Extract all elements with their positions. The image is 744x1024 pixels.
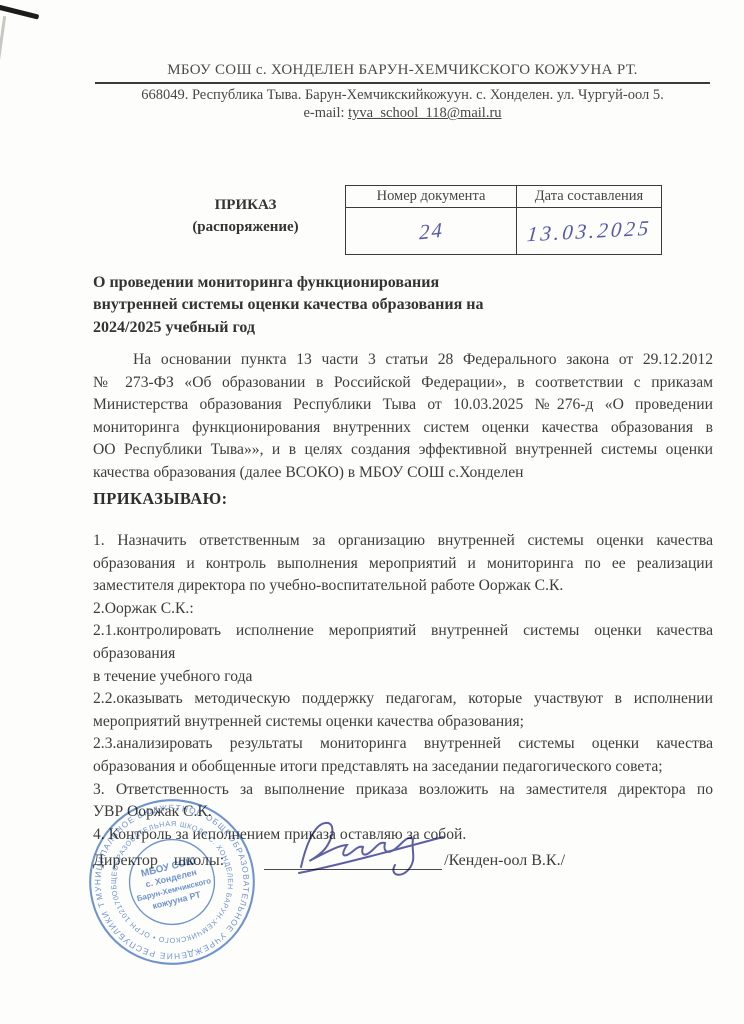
text-line: образования и обобщенные итоги представл… [93, 756, 713, 779]
text-line: 2.2.оказывать методическую поддержку пед… [93, 688, 713, 711]
email-label: e-mail: [303, 105, 348, 121]
text-line: качества образования (далее ВСОКО) в МБО… [93, 462, 713, 485]
text-line: ОО Республики Тыва»», и в целях создания… [93, 439, 713, 462]
scanned-order-document: МБОУ СОШ с. ХОНДЕЛЕН БАРУН-ХЕМЧИКСКОГО К… [0, 0, 744, 1024]
letterhead-rule [95, 82, 710, 84]
order-item-2-2: 2.2.оказывать методическую поддержку пед… [93, 688, 713, 733]
text-line: 1. Назначить ответственным за организаци… [93, 530, 713, 553]
document-date-cell: 13.03.2025 [517, 208, 662, 255]
text-line: № 273-ФЗ «Об образовании в Российской Фе… [93, 372, 713, 395]
organization-address: 668049. Республика Тыва. Барун-Хемчикски… [95, 87, 710, 104]
scan-edge-smudge [0, 16, 6, 62]
stamp-center-text: МБОУ СОШ с. Хонделен Барун-Хемчикского к… [130, 853, 215, 914]
preamble-paragraph: На основании пункта 13 части 3 статьи 28… [93, 349, 713, 485]
table-header-row: Номер документа Дата составления [346, 186, 662, 208]
document-number-table: Номер документа Дата составления 24 13.0… [345, 185, 662, 255]
document-number-cell: 24 [346, 208, 517, 255]
text-line: Министерства образования Республики Тыва… [93, 394, 713, 417]
order-subject: О проведении мониторинга функционировани… [93, 272, 633, 339]
director-name: /Кенден-оол В.К./ [444, 852, 565, 870]
text-line: образования [93, 643, 713, 666]
handwritten-document-number: 24 [419, 217, 444, 245]
text-line: 2.3.анализировать результаты мониторинга… [93, 733, 713, 756]
order-subtitle: (распоряжение) [168, 216, 323, 238]
letterhead: МБОУ СОШ с. ХОНДЕЛЕН БАРУН-ХЕМЧИКСКОГО К… [95, 62, 710, 122]
email-address: tyva_school_118@mail.ru [348, 105, 501, 121]
handwritten-signature [295, 815, 450, 885]
order-item-2-1b: в течение учебного года [93, 666, 713, 689]
decree-heading: ПРИКАЗЫВАЮ: [93, 489, 227, 509]
text-line: 2.1.контролировать исполнение мероприяти… [93, 620, 713, 643]
text-line: мониторинга функционирования внутренних … [93, 417, 713, 440]
text-line: На основании пункта 13 части 3 статьи 28… [93, 349, 713, 372]
column-header-number: Номер документа [346, 186, 517, 208]
organization-name: МБОУ СОШ с. ХОНДЕЛЕН БАРУН-ХЕМЧИКСКОГО К… [95, 62, 710, 79]
text-line: мероприятий внутренней системы оценки ка… [93, 711, 713, 734]
text-line: в течение учебного года [93, 666, 713, 689]
text-line: внутренней системы оценки качества образ… [93, 294, 633, 316]
order-item-2-3: 2.3.анализировать результаты мониторинга… [93, 733, 713, 778]
order-item-2-1: 2.1.контролировать исполнение мероприяти… [93, 620, 713, 665]
text-line: 2024/2025 учебный год [93, 317, 633, 339]
text-line: О проведении мониторинга функционировани… [93, 272, 633, 294]
text-line: заместителя директора по учебно-воспитат… [93, 575, 713, 598]
order-item-1: 1. Назначить ответственным за организаци… [93, 530, 713, 598]
organization-email-line: e-mail: tyva_school_118@mail.ru [95, 105, 710, 122]
column-header-date: Дата составления [517, 186, 662, 208]
text-line: образования и контроль выполнения меропр… [93, 553, 713, 576]
table-value-row: 24 13.03.2025 [346, 208, 662, 255]
handwritten-document-date: 13.03.2025 [526, 215, 653, 247]
order-title: ПРИКАЗ [168, 194, 323, 216]
order-item-2: 2.Ооржак С.К.: [93, 598, 713, 621]
text-line: 2.Ооржак С.К.: [93, 598, 713, 621]
order-heading: ПРИКАЗ (распоряжение) [168, 194, 323, 238]
